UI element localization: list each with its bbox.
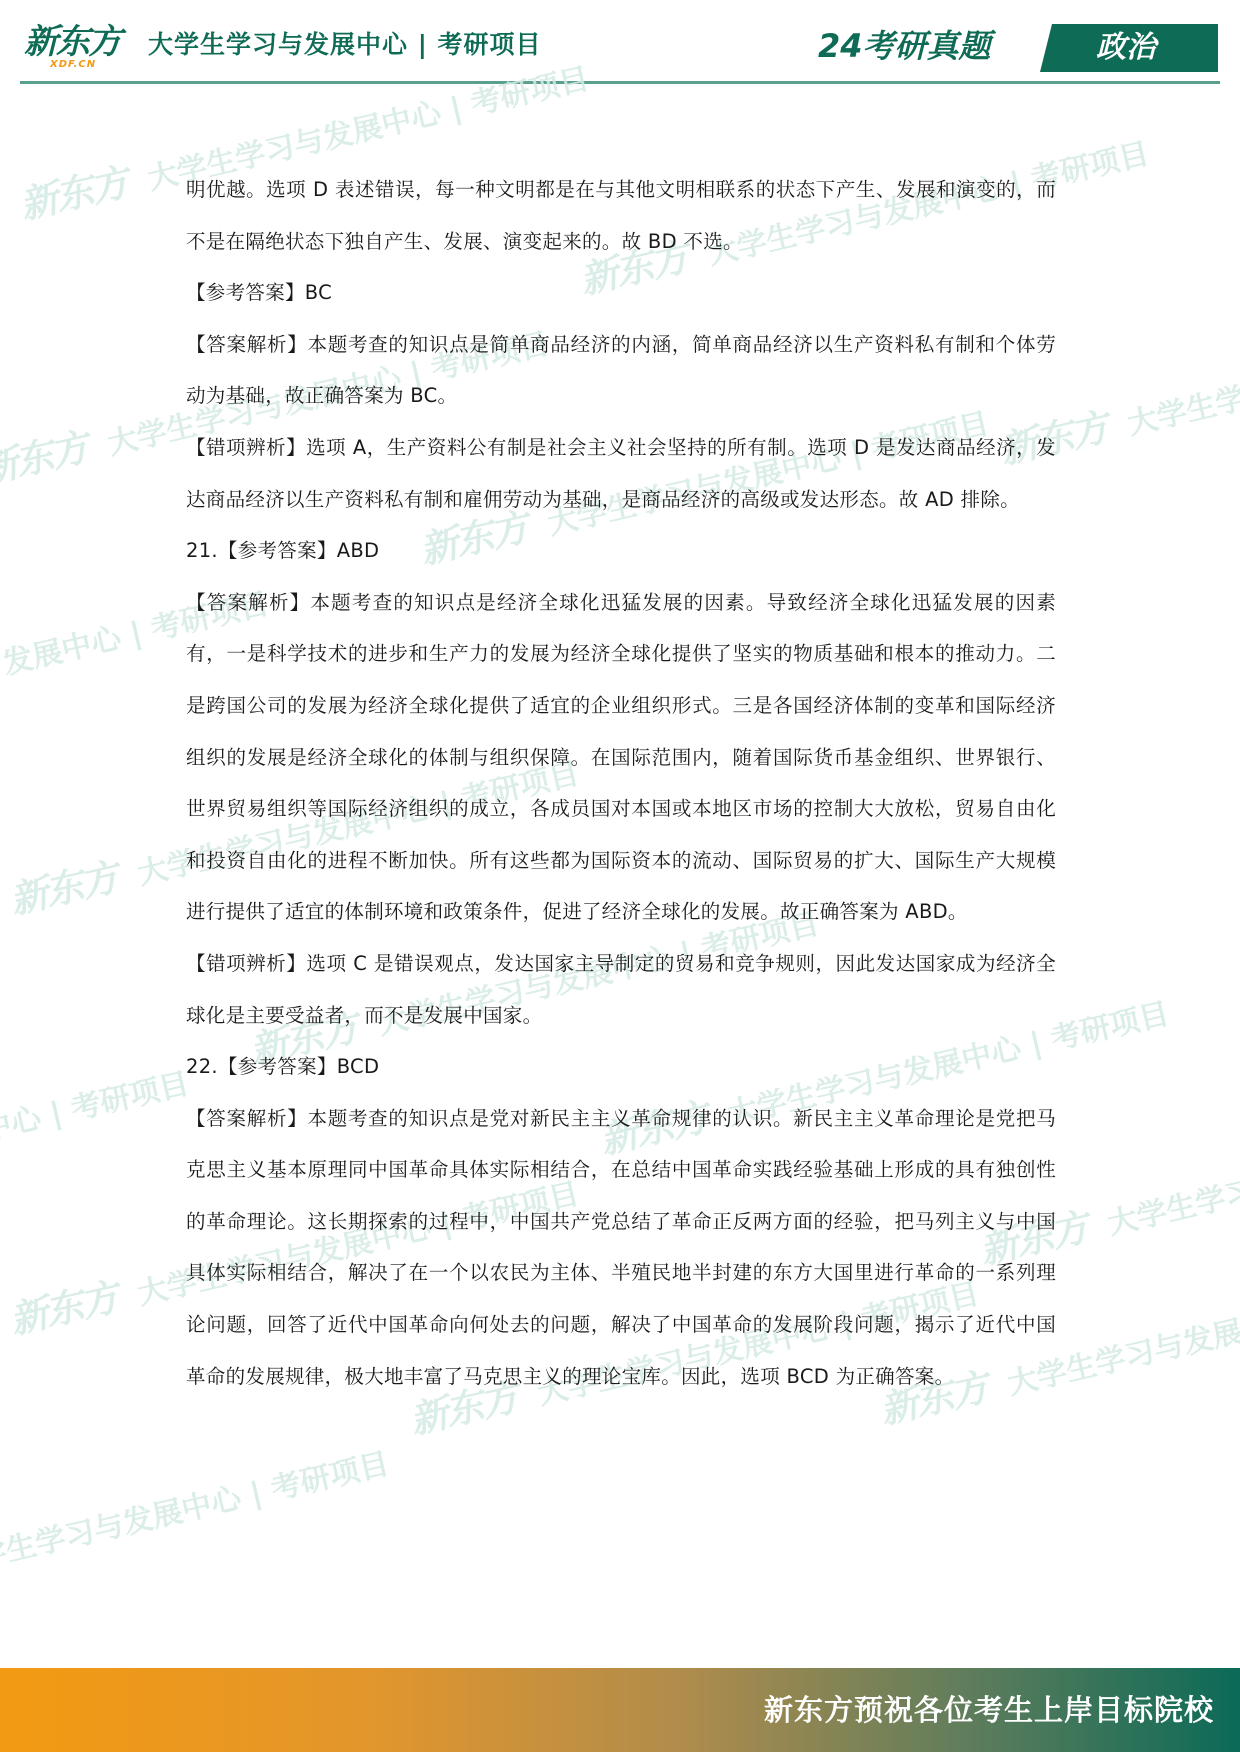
org-title: 大学生学习与发展中心 | 考研项目	[148, 28, 542, 62]
header-divider	[20, 81, 1220, 84]
analysis-22: 【答案解析】本题考查的知识点是党对新民主主义革命规律的认识。新民主主义革命理论是…	[186, 1093, 1056, 1403]
wrong-options-20: 【错项辨析】选项 A，生产资料公有制是社会主义社会坚持的所有制。选项 D 是发达…	[186, 422, 1056, 525]
watermark: 新东方大学生学习与发展中心 | 考研项目	[0, 1050, 193, 1234]
analysis-21: 【答案解析】本题考查的知识点是经济全球化迅猛发展的因素。导致经济全球化迅猛发展的…	[186, 577, 1056, 938]
analysis-20: 【答案解析】本题考查的知识点是简单商品经济的内涵，简单商品经济以生产资料私有制和…	[186, 319, 1056, 422]
page-header: 新东方 XDF.CN 大学生学习与发展中心 | 考研项目 24考研真题 政治	[0, 0, 1240, 90]
footer-slogan: 新东方预祝各位考生上岸目标院校	[764, 1688, 1214, 1732]
subject-label: 政治	[1096, 28, 1156, 68]
answer-21: 21.【参考答案】ABD	[186, 525, 1056, 577]
watermark: 新东方大学生学习与发展中心 | 考研项目	[0, 1430, 393, 1614]
wrong-options-21: 【错项辨析】选项 C 是错误观点，发达国家主导制定的贸易和竞争规则，因此发达国家…	[186, 938, 1056, 1041]
page-footer: 新东方预祝各位考生上岸目标院校	[0, 1668, 1240, 1752]
answer-22: 22.【参考答案】BCD	[186, 1041, 1056, 1093]
answer-20: 【参考答案】BC	[186, 267, 1056, 319]
logo-subtext: XDF.CN	[50, 59, 96, 70]
answer-content: 明优越。选项 D 表述错误，每一种文明都是在与其他文明相联系的状态下产生、发展和…	[186, 164, 1056, 1402]
subject-tab: 政治	[1040, 24, 1218, 72]
xdf-logo: 新东方 XDF.CN	[24, 22, 134, 70]
paragraph-continuation: 明优越。选项 D 表述错误，每一种文明都是在与其他文明相联系的状态下产生、发展和…	[186, 164, 1056, 267]
exam-title: 24考研真题	[818, 26, 991, 66]
logo-text: 新东方	[24, 22, 120, 62]
